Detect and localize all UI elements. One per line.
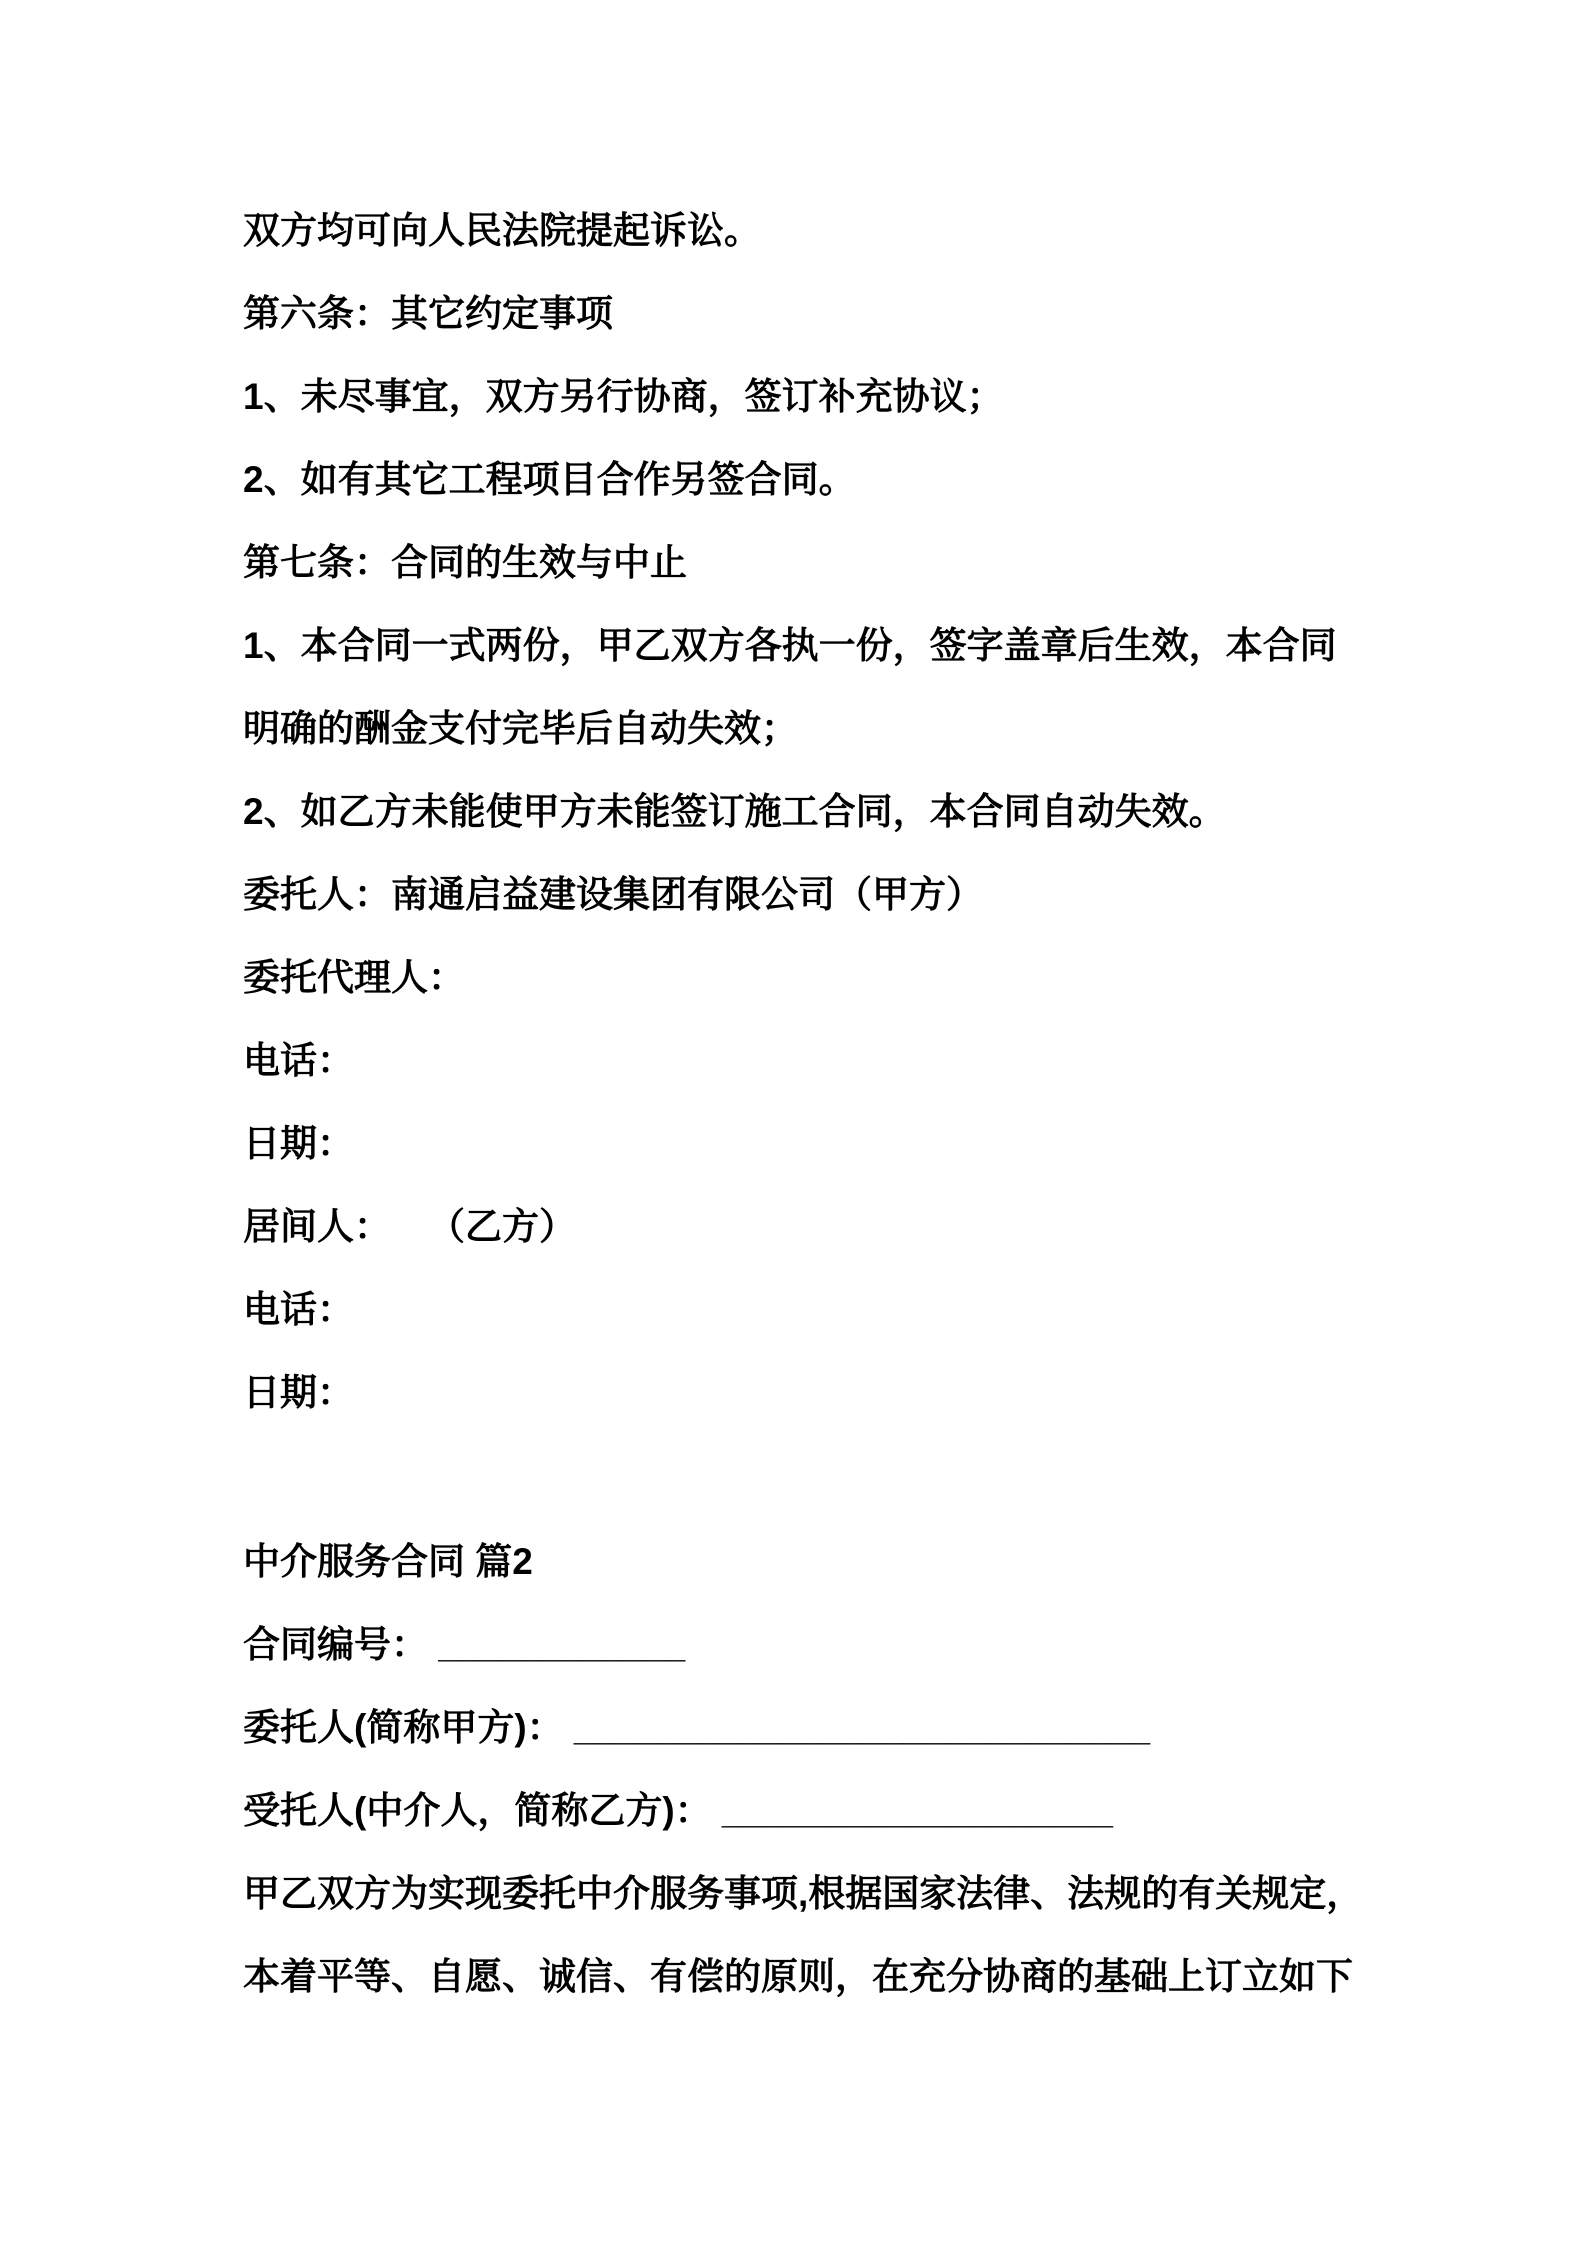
party-b-line: 受托人(中介人，简称乙方)： ___________________ (243, 1769, 1493, 1852)
principal-agent-line: 委托代理人： (243, 936, 1493, 1019)
phone-line-a: 电话： (243, 1019, 1493, 1102)
clause-7-item-2: 2、如乙方未能使甲方未能签订施工合同，本合同自动失效。 (243, 770, 1493, 853)
clause-6-heading: 第六条：其它约定事项 (243, 272, 1493, 355)
clause-6-item-1: 1、未尽事宜，双方另行协商，签订补充协议； (243, 355, 1493, 438)
clause-7-item-1-line-2: 明确的酬金支付完毕后自动失效； (243, 687, 1493, 770)
date-line-a: 日期： (243, 1102, 1493, 1185)
principal-line: 委托人：南通启益建设集团有限公司（甲方） (243, 853, 1493, 936)
phone-line-b: 电话： (243, 1268, 1493, 1351)
preamble-line-1: 甲乙双方为实现委托中介服务事项,根据国家法律、法规的有关规定， (243, 1852, 1493, 1935)
date-line-b: 日期： (243, 1351, 1493, 1434)
contract-page: 双方均可向人民法院提起诉讼。 第六条：其它约定事项 1、未尽事宜，双方另行协商，… (0, 0, 1586, 2244)
clause-7-item-1-line-1: 1、本合同一式两份，甲乙双方各执一份，签字盖章后生效，本合同 (243, 604, 1493, 687)
part-2-title: 中介服务合同 篇2 (243, 1520, 1493, 1603)
contract-text-block: 双方均可向人民法院提起诉讼。 第六条：其它约定事项 1、未尽事宜，双方另行协商，… (243, 189, 1493, 2018)
clause-litigation-line: 双方均可向人民法院提起诉讼。 (243, 189, 1493, 272)
party-a-line: 委托人(简称甲方)： ____________________________ (243, 1686, 1493, 1769)
preamble-line-2: 本着平等、自愿、诚信、有偿的原则，在充分协商的基础上订立如下 (243, 1935, 1493, 2018)
clause-7-heading: 第七条：合同的生效与中止 (243, 521, 1493, 604)
contract-number-line: 合同编号： ____________ (243, 1603, 1493, 1686)
intermediary-line: 居间人： （乙方） (243, 1185, 1493, 1268)
clause-6-item-2: 2、如有其它工程项目合作另签合同。 (243, 438, 1493, 521)
